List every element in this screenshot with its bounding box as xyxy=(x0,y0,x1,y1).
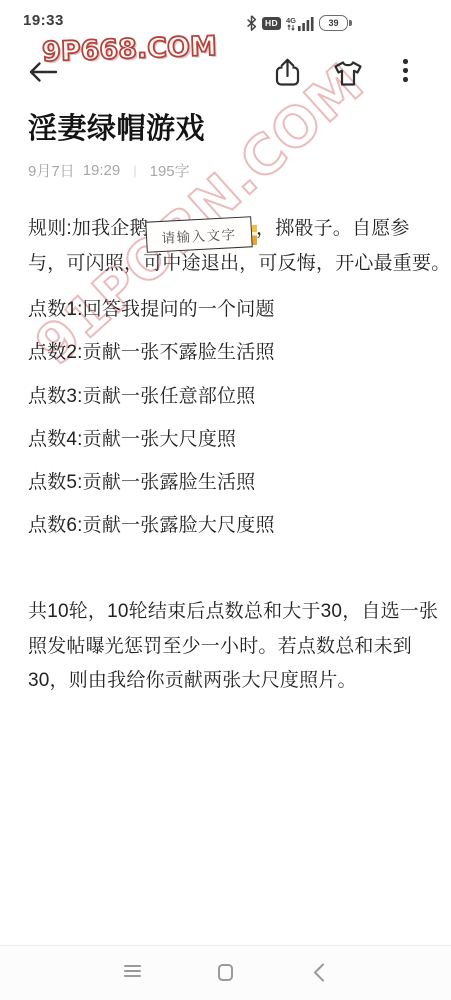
watermark-top: 9P668.COM xyxy=(42,31,218,68)
back-chevron-icon xyxy=(312,963,325,982)
data-arrows-icon xyxy=(287,24,295,31)
signal-bars-icon: 4G xyxy=(286,15,314,31)
phone-screen: 19:33 HD 4G 39 9P668.C xyxy=(0,0,451,1000)
highlighted-text-sliver xyxy=(252,225,257,245)
tshirt-theme-icon xyxy=(332,60,364,87)
battery-nub xyxy=(349,20,352,26)
back-button[interactable] xyxy=(28,61,58,86)
list-item: 点数2:贡献一张不露脸生活照 xyxy=(28,342,275,364)
note-title: 淫妻绿帽游戏 xyxy=(28,106,205,147)
note-date: 9月7日 xyxy=(28,160,75,181)
paragraph1-line1-rest: ，掷骰子。自愿参 xyxy=(256,218,410,240)
list-item: 点数5:贡献一张露脸生活照 xyxy=(28,472,255,494)
note-time: 19:29 xyxy=(83,162,121,179)
battery-percent: 39 xyxy=(328,18,338,28)
network-type-label: 4G xyxy=(286,17,296,24)
more-vertical-icon xyxy=(403,59,408,64)
recents-hamburger-icon xyxy=(124,965,141,967)
meta-separator: | xyxy=(133,163,136,178)
text-input-overlay[interactable]: 请输入文字 xyxy=(145,216,252,253)
nav-back-button[interactable] xyxy=(312,963,325,985)
list-item: 点数6:贡献一张露脸大尺度照 xyxy=(28,515,275,537)
list-item: 点数3:贡献一张任意部位照 xyxy=(28,386,255,408)
input-placeholder: 请输入文字 xyxy=(161,223,237,247)
list-item: 点数4:贡献一张大尺度照 xyxy=(28,429,236,451)
theme-skin-button[interactable] xyxy=(332,60,364,90)
paragraph1-line2: 与，可闪照，可中途退出，可反悔，开心最重要。 xyxy=(28,253,450,275)
paragraph2-line: 30，则由我给你贡献两张大尺度照片。 xyxy=(28,670,357,692)
share-button[interactable] xyxy=(274,57,301,90)
paragraph2-line: 共10轮，10轮结束后点数总和大于30，自选一张 xyxy=(28,601,438,623)
signal-strength-bars xyxy=(298,16,314,31)
paragraph1-prefix: 规则:加我企鹅 xyxy=(28,218,149,240)
home-button[interactable] xyxy=(218,964,233,981)
status-icons: HD 4G 39 xyxy=(246,14,348,32)
list-item: 点数1:回答我提问的一个问题 xyxy=(28,299,275,321)
hd-volte-badge: HD xyxy=(262,17,281,30)
note-meta: 9月7日 19:29 | 195字 xyxy=(28,160,190,181)
watermark-diagonal: 91PORN.COM xyxy=(24,56,371,377)
paragraph2-line: 照发帖曝光惩罚至少一小时。若点数总和未到 xyxy=(28,636,412,658)
recents-button[interactable] xyxy=(124,965,141,977)
back-arrow-icon xyxy=(28,61,58,83)
note-word-count: 195字 xyxy=(150,160,190,181)
bluetooth-icon xyxy=(246,15,257,31)
battery-icon: 39 xyxy=(319,15,348,31)
more-menu-button[interactable] xyxy=(403,59,408,82)
clock-time: 19:33 xyxy=(23,12,64,29)
share-icon xyxy=(274,57,301,87)
